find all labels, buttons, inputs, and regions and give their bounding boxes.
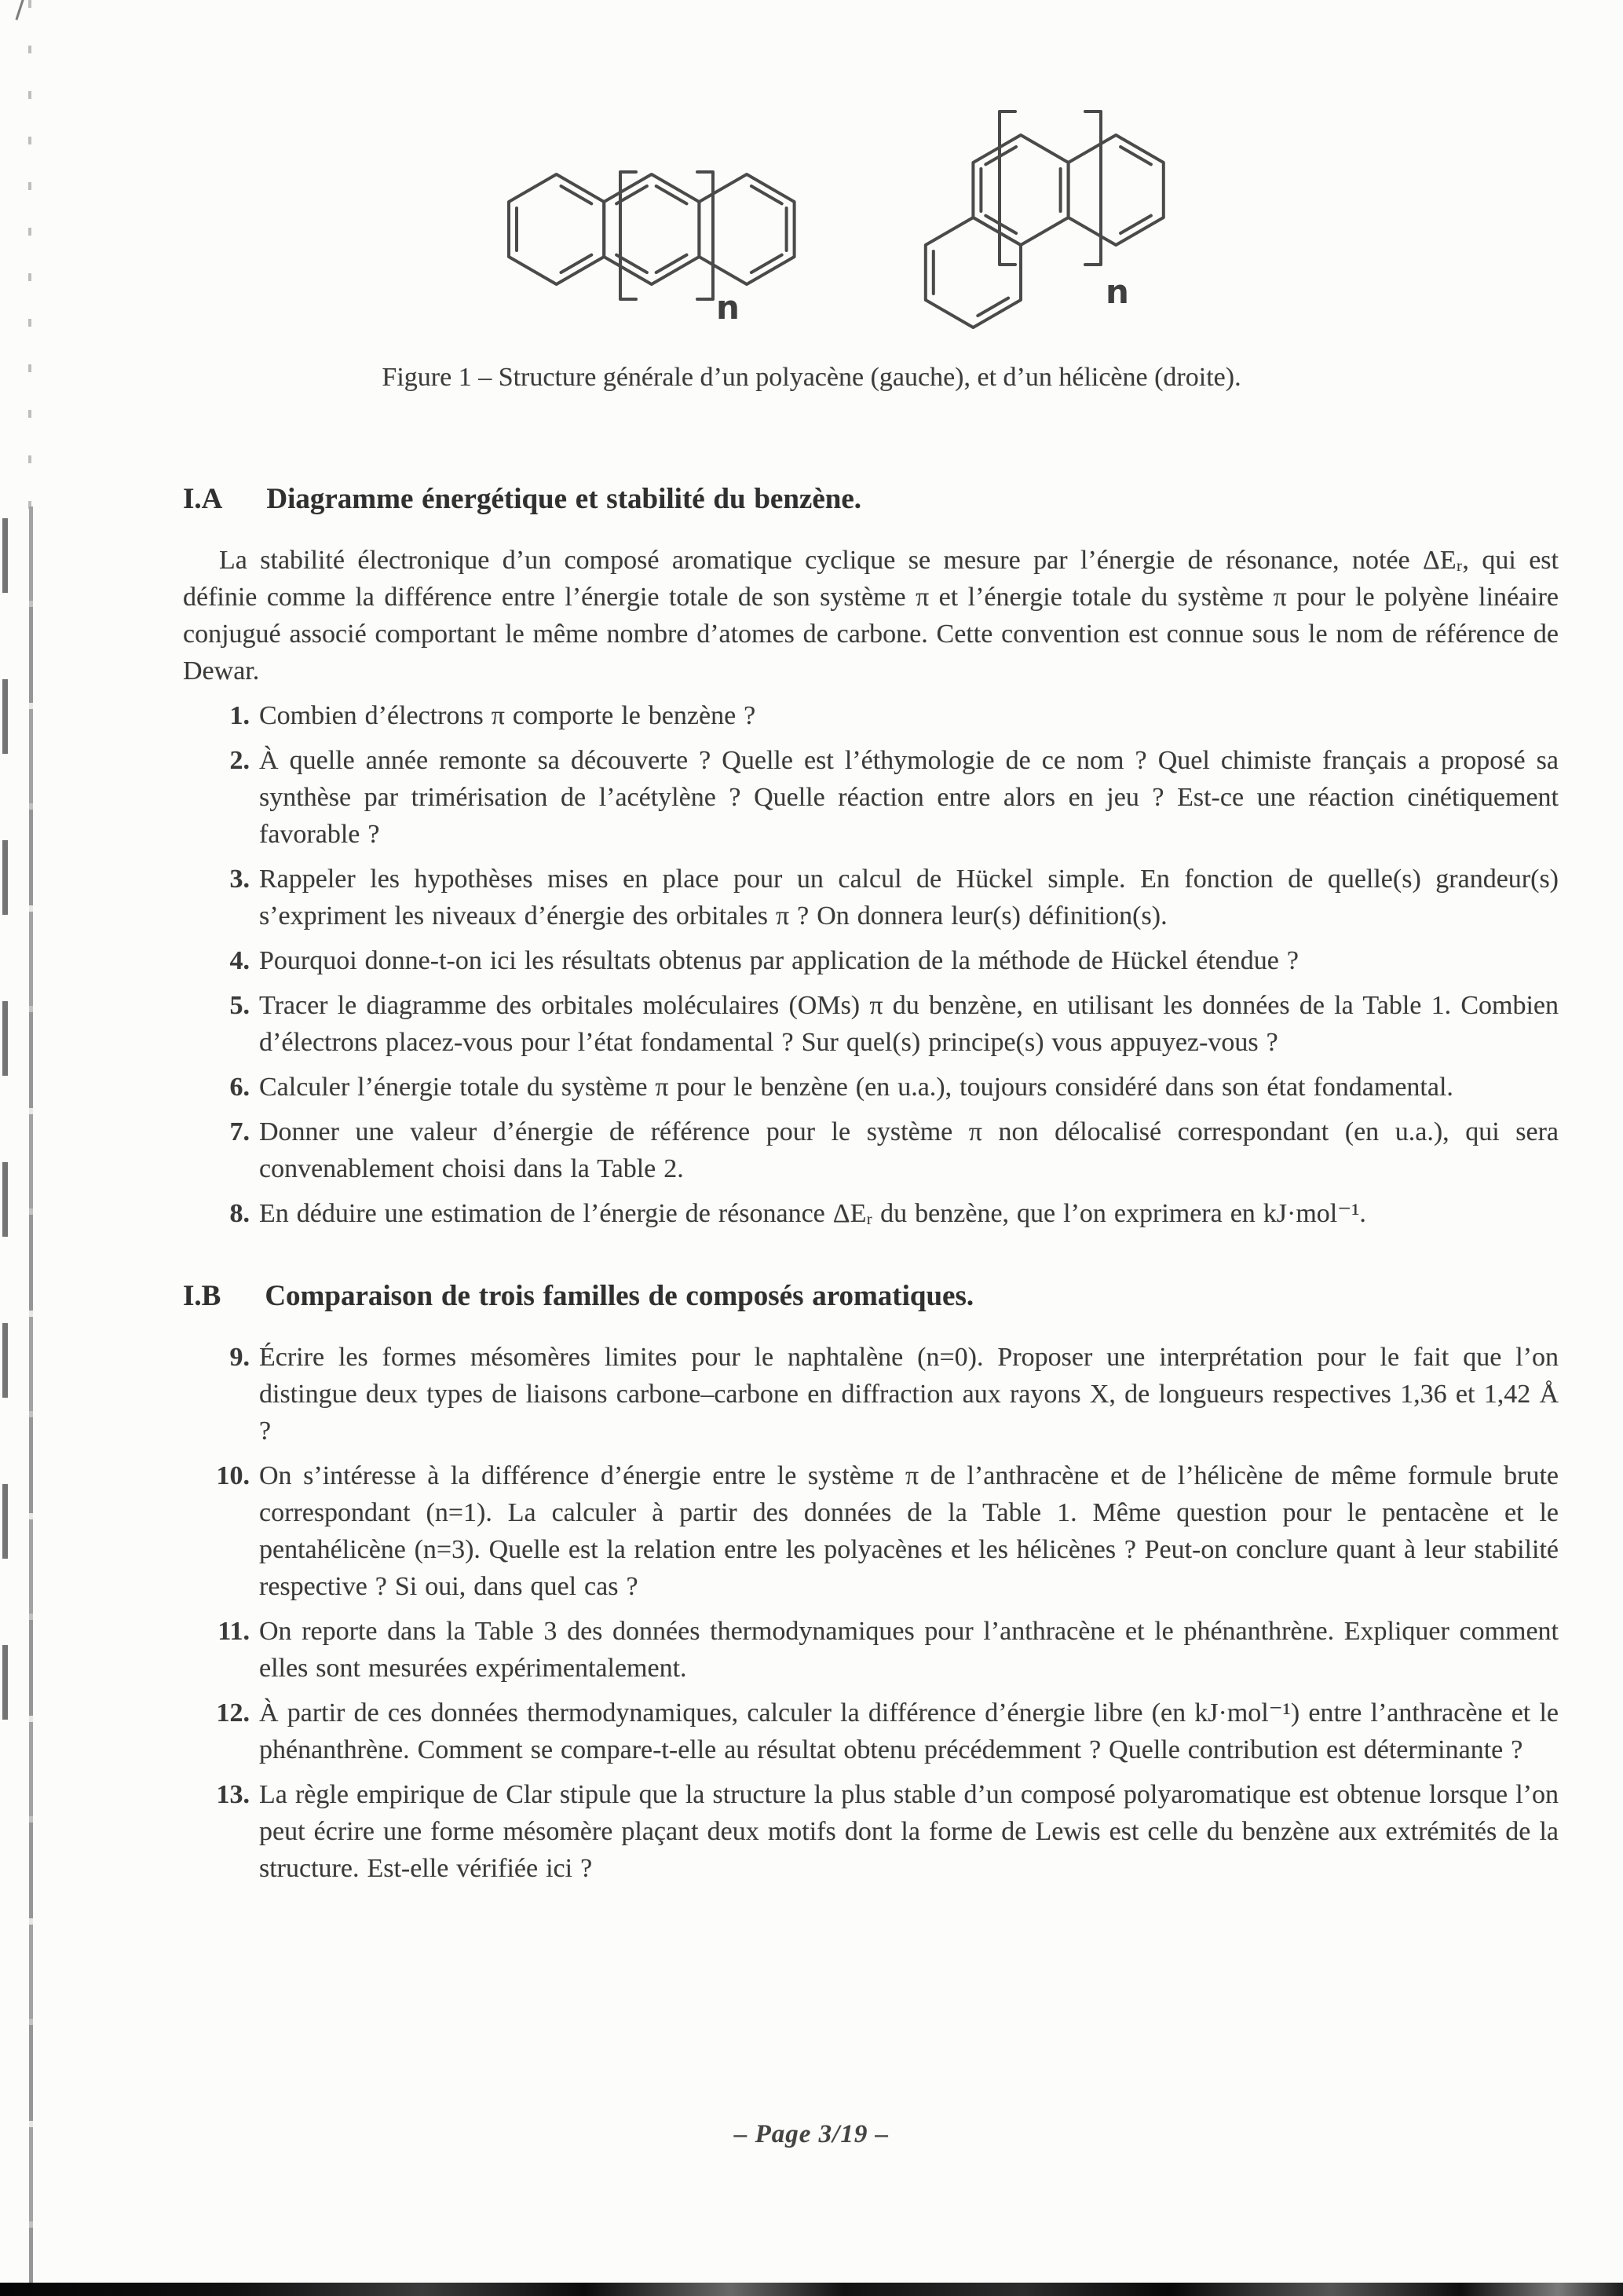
item-number: 10.: [183, 1457, 250, 1494]
item-text: Combien d’électrons π comporte le benzèn…: [259, 701, 755, 730]
question-item: 7. Donner une valeur d’énergie de référe…: [183, 1113, 1559, 1187]
question-list-IA: 1. Combien d’électrons π comporte le ben…: [183, 697, 1559, 1232]
figure-1-structures: n n: [440, 47, 1335, 408]
item-number: 6.: [183, 1069, 250, 1106]
question-item: 4. Pourquoi donne-t-on ici les résultats…: [183, 942, 1559, 979]
scan-artifact-left-line: [29, 506, 33, 2284]
item-text: Rappeler les hypothèses mises en place p…: [259, 865, 1559, 930]
section-heading-IB: I.BComparaison de trois familles de comp…: [183, 1279, 1559, 1314]
hexagon-ring: [1069, 135, 1164, 245]
scan-artifact-bottom-band: [0, 2283, 1623, 2296]
section-heading-IA: I.ADiagramme énergétique et stabilité du…: [183, 482, 1559, 517]
scan-artifact-left-ticks: [28, 0, 31, 510]
hexagon-ring: [973, 135, 1068, 245]
item-number: 3.: [183, 861, 250, 898]
question-list-IB: 9. Écrire les formes mésomères limites p…: [183, 1339, 1559, 1887]
hexagon-ring: [509, 174, 604, 284]
question-item: 10. On s’intéresse à la différence d’éne…: [183, 1457, 1559, 1605]
polyacene-structure: n: [509, 172, 795, 327]
item-number: 12.: [183, 1695, 250, 1731]
repeat-bracket-right: [1085, 112, 1101, 265]
item-text: Écrire les formes mésomères limites pour…: [259, 1343, 1559, 1446]
question-item: 9. Écrire les formes mésomères limites p…: [183, 1339, 1559, 1450]
scan-artifact-left-dark-line: [2, 518, 8, 1806]
item-text: On s’intéresse à la différence d’énergie…: [259, 1461, 1559, 1601]
item-number: 4.: [183, 942, 250, 979]
page-number-footer: – Page 3/19 –: [0, 2120, 1623, 2149]
item-number: 8.: [183, 1195, 250, 1232]
double-bond-lines: [517, 186, 787, 272]
intro-paragraph: La stabilité électronique d’un composé a…: [183, 542, 1559, 689]
question-item: 8. En déduire une estimation de l’énergi…: [183, 1195, 1559, 1232]
section-title: Diagramme énergétique et stabilité du be…: [266, 483, 861, 515]
section-title: Comparaison de trois familles de composé…: [265, 1280, 974, 1312]
item-text: À partir de ces données thermodynamiques…: [259, 1698, 1559, 1764]
item-text: Pourquoi donne-t-on ici les résultats ob…: [259, 946, 1299, 975]
item-number: 9.: [183, 1339, 250, 1376]
question-item: 11. On reporte dans la Table 3 des donné…: [183, 1613, 1559, 1687]
item-number: 7.: [183, 1113, 250, 1150]
item-text: La règle empirique de Clar stipule que l…: [259, 1780, 1559, 1883]
item-number: 13.: [183, 1776, 250, 1813]
item-number: 5.: [183, 987, 250, 1024]
question-item: 13. La règle empirique de Clar stipule q…: [183, 1776, 1559, 1887]
question-item: 2. À quelle année remonte sa découverte …: [183, 742, 1559, 853]
item-number: 2.: [183, 742, 250, 779]
scanned-document-page: n n Figure 1 – Structure générale d’un p…: [0, 0, 1623, 2296]
item-text: Calculer l’énergie totale du système π p…: [259, 1073, 1453, 1102]
section-id: I.B: [183, 1279, 221, 1314]
item-text: On reporte dans la Table 3 des données t…: [259, 1617, 1559, 1683]
question-item: 12. À partir de ces données thermodynami…: [183, 1695, 1559, 1768]
item-number: 11.: [183, 1613, 250, 1650]
item-text: À quelle année remonte sa découverte ? Q…: [259, 746, 1559, 849]
repeat-count-label: n: [716, 288, 740, 327]
item-text: Donner une valeur d’énergie de référence…: [259, 1117, 1559, 1183]
item-number: 1.: [183, 697, 250, 734]
question-item: 6. Calculer l’énergie totale du système …: [183, 1069, 1559, 1106]
helicene-structure: n: [926, 112, 1164, 327]
item-text: Tracer le diagramme des orbitales molécu…: [259, 991, 1559, 1057]
hexagon-ring: [926, 218, 1021, 327]
item-text: En déduire une estimation de l’énergie d…: [259, 1199, 1366, 1228]
figure-caption: Figure 1 – Structure générale d’un polya…: [0, 360, 1623, 396]
repeat-count-label: n: [1106, 272, 1129, 311]
section-id: I.A: [183, 482, 222, 517]
scan-artifact-corner: [15, 0, 24, 20]
document-body: I.ADiagramme énergétique et stabilité du…: [183, 482, 1559, 1895]
question-item: 5. Tracer le diagramme des orbitales mol…: [183, 987, 1559, 1061]
question-item: 1. Combien d’électrons π comporte le ben…: [183, 697, 1559, 734]
question-item: 3. Rappeler les hypothèses mises en plac…: [183, 861, 1559, 934]
hexagon-ring: [604, 174, 699, 284]
